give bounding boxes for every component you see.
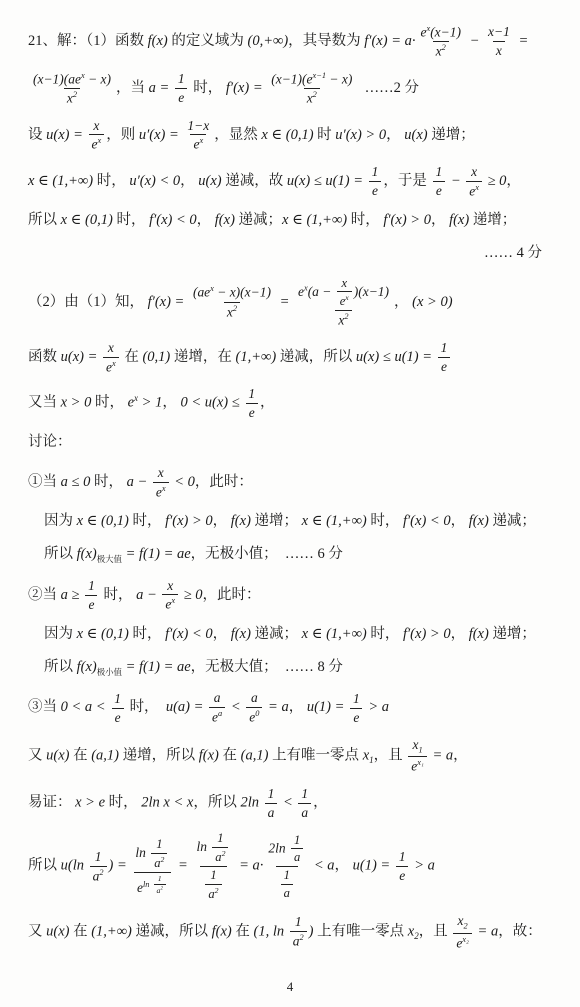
math-run: e [88, 597, 94, 612]
math-run: 1 [268, 786, 275, 801]
math-run: = a [474, 923, 498, 939]
superscript: 2 [233, 304, 237, 313]
superscript: x [98, 136, 102, 145]
math-run: (a − [308, 284, 335, 299]
math-run: x ∈ (0,1) [77, 626, 129, 642]
text-run: 时， [367, 513, 403, 529]
math-run: u(x) ≤ u(1) = [287, 173, 367, 189]
text-run: ……2 分 [357, 80, 419, 96]
text-run: 时， [91, 395, 127, 411]
fraction-numerator: 1 [153, 837, 165, 853]
fraction-numerator: 1 [265, 786, 278, 803]
fraction: 1a2 [290, 914, 307, 949]
fraction-denominator: a2 [212, 847, 228, 865]
math-run: e [115, 710, 121, 725]
math-run: 0 < u(x) ≤ [180, 395, 243, 411]
superscript: 2 [215, 886, 219, 895]
fraction-numerator: 1−x [184, 118, 212, 135]
solution-line-17: ③当 0 < a < 1e 时， u(a) = aea < ae0 = a， u… [28, 690, 556, 725]
text-run: 讨论： [28, 434, 72, 450]
fraction: xex [153, 465, 169, 500]
fraction: 1a [265, 786, 278, 821]
superscript: 2 [161, 855, 165, 864]
fraction: xex [89, 118, 105, 153]
math-run: )(x−1) [354, 284, 389, 299]
fraction-numerator: 1 [92, 849, 105, 866]
superscript: 2 [344, 312, 348, 321]
math-run: u′(x) < 0 [129, 173, 180, 189]
fraction-denominator: a [298, 803, 311, 821]
solution-line-9: 又当 x > 0 时， ex > 1， 0 < u(x) ≤ 1e， [28, 386, 556, 421]
superscript: x [345, 293, 348, 302]
math-run: x ∈ (0,1) [61, 212, 113, 228]
text-run: ，且 [419, 923, 452, 939]
subscript: 1 [418, 745, 422, 754]
fraction-numerator: 1 [155, 874, 165, 884]
fraction-denominator: ex [162, 594, 178, 612]
text-run: ， [506, 173, 521, 189]
fraction: xex [337, 276, 352, 310]
fraction: ex(a − xex)(x−1)x2 [295, 276, 392, 329]
text-run: 在 [69, 747, 91, 763]
math-run: f(x) [231, 626, 251, 642]
superscript: 2 [313, 90, 317, 99]
fraction: ln 1a2eln 1a2 [132, 837, 172, 896]
text-run: ， [213, 626, 231, 642]
fraction: 1e [432, 164, 445, 199]
math-run: 1 [95, 849, 102, 864]
math-run: = f(1) = ae [122, 546, 191, 562]
fraction: x1ex₁ [408, 737, 427, 775]
math-run: f′(x) > 0 [403, 626, 451, 642]
math-run: x [471, 164, 477, 179]
math-run: 1 [114, 691, 121, 706]
superscript: x₂ [462, 935, 469, 944]
text-run: 时， [367, 626, 403, 642]
text-run: ， [394, 294, 412, 310]
text-run: 递增； [469, 212, 516, 228]
fraction-numerator: a [248, 690, 261, 707]
math-run: ≥ 0 [180, 587, 202, 603]
fraction-denominator: a2 [290, 931, 307, 949]
fraction-numerator: ex(x−1) [417, 24, 463, 41]
math-run: 0 < a < [61, 699, 110, 715]
math-run: u(x) [198, 173, 221, 189]
fraction: ae0 [246, 690, 262, 725]
solution-line-15: 因为 x ∈ (0,1) 时， f′(x) < 0， f(x) 递减； x ∈ … [28, 624, 556, 646]
fraction: 1e [396, 849, 409, 884]
math-run: 1 [301, 786, 308, 801]
text-run: 递减； [251, 626, 302, 642]
math-run: a = [149, 80, 173, 96]
math-run: f(x) [215, 212, 235, 228]
math-run: = a [429, 747, 453, 763]
text-run: 递增； [251, 513, 302, 529]
math-run: 1 [217, 831, 223, 845]
fraction-denominator: e [369, 181, 381, 199]
solution-line-2: (x−1)(aex − x)x2，当 a = 1e 时， f′(x) = (x−… [28, 71, 556, 107]
solution-line-19: 易证： x > e 时， 2ln x < x，所以 2ln 1a < 1a， [28, 786, 556, 821]
superscript: 2 [73, 90, 77, 99]
text-run: 的定义域为 [168, 33, 248, 49]
math-run: f(x) [231, 513, 251, 529]
math-run: 1 [294, 833, 300, 847]
text-run: 又 [28, 923, 46, 939]
math-run: − x) [326, 71, 352, 86]
math-run: x ∈ (0,1) [261, 127, 313, 143]
text-run: ，所以 [193, 794, 240, 810]
subscript: 2 [464, 922, 468, 931]
math-run: f′(x) < 0 [165, 626, 213, 642]
fraction: xex [103, 340, 119, 375]
text-run: ，其导数为 [288, 33, 364, 49]
fraction: (aex − x)(x−1)x2 [190, 284, 274, 320]
text-run: 时， [90, 474, 126, 490]
page-number: 4 [0, 979, 580, 995]
fraction: ln 1a21a2 [193, 831, 233, 902]
math-run: x ∈ (1,+∞) [302, 513, 367, 529]
fraction-denominator: x2 [433, 41, 449, 59]
fraction: 1a2 [90, 849, 107, 884]
text-run: ，此时： [195, 474, 253, 490]
fraction: 1e [350, 691, 363, 726]
math-run: u(x) [46, 923, 69, 939]
fraction-denominator: e [112, 708, 124, 726]
fraction-denominator: x2 [64, 88, 80, 106]
text-run: 因为 [44, 513, 77, 529]
math-run: u(a) = [166, 699, 207, 715]
text-run: ，故： [498, 923, 542, 939]
fraction-denominator: ex₁ [408, 756, 427, 774]
text-run: 递增； [489, 626, 536, 642]
fraction-denominator: x2 [304, 88, 320, 106]
math-run: x > e [75, 794, 105, 810]
superscript: x₁ [417, 758, 424, 767]
fraction-numerator: 1 [298, 786, 311, 803]
math-run: < 0 [171, 474, 195, 490]
math-run: > a [365, 699, 389, 715]
solution-line-11: ①当 a ≤ 0 时， a − xex < 0，此时： [28, 465, 556, 500]
text-run: ， [213, 513, 231, 529]
text-run: 易证： [28, 794, 75, 810]
fraction-numerator: 1 [369, 164, 382, 181]
fraction-numerator: x [338, 276, 350, 292]
solution-line-7: （2）由（1）知， f′(x) = (aex − x)(x−1)x2 = ex(… [28, 276, 556, 329]
text-run: ， [335, 858, 353, 874]
math-run: a [251, 690, 258, 705]
math-run: − [447, 173, 464, 189]
fraction: 1a2 [151, 837, 167, 871]
math-run: < a [310, 858, 334, 874]
math-run: > 1 [138, 395, 162, 411]
fraction: 1a2 [205, 868, 221, 902]
math-run: (0,1) [142, 349, 170, 365]
text-run: ， [451, 626, 469, 642]
fraction-denominator: a2 [90, 866, 107, 884]
fraction: 1−xex [184, 118, 212, 153]
text-run: ， [197, 212, 215, 228]
fraction: 1a2 [154, 874, 166, 895]
text-run: 在 [232, 923, 254, 939]
superscript: x [199, 136, 203, 145]
text-run: ， [180, 173, 198, 189]
text-run: 递减，所以 [276, 349, 356, 365]
text-run: ③当 [28, 699, 61, 715]
superscript: x [162, 484, 166, 493]
math-run: f′(x) = a· [364, 33, 415, 49]
fraction: xex [162, 578, 178, 613]
text-run: 递减，故 [222, 173, 287, 189]
superscript: x [171, 596, 175, 605]
math-run: a [268, 805, 275, 820]
text-run: ，无极大值； …… 8 分 [191, 659, 343, 675]
math-run: = a [264, 699, 288, 715]
math-run: 1 [88, 578, 95, 593]
math-run: (0,+∞) [248, 33, 289, 49]
text-run: 上有唯一零点 [314, 923, 408, 939]
text-run: …… 4 分 [484, 245, 542, 261]
fraction: x−1x [485, 24, 513, 59]
fraction-numerator: 1 [85, 578, 98, 595]
fraction-denominator: eln 1a2 [134, 872, 171, 896]
solution-line-6: …… 4 分 [28, 243, 556, 265]
text-run: ①当 [28, 474, 61, 490]
math-run: = [515, 33, 528, 49]
math-run: 1 [399, 849, 406, 864]
text-run: 递减，所以 [132, 923, 212, 939]
fraction-denominator: a [265, 803, 278, 821]
math-run: = a· [235, 858, 263, 874]
fraction-denominator: ex [337, 291, 352, 309]
math-run: (a,1) [91, 747, 119, 763]
fraction-denominator: ex [89, 134, 105, 152]
text-run: 所以 [44, 546, 77, 562]
math-run: f(x) [212, 923, 232, 939]
subscript-label: 极大值 [97, 555, 122, 564]
fraction-denominator: x2 [335, 310, 351, 328]
math-run: e [353, 710, 359, 725]
math-run: a [301, 805, 308, 820]
solution-line-4: x ∈ (1,+∞) 时， u′(x) < 0， u(x) 递减，故 u(x) … [28, 164, 556, 199]
math-run: a ≥ [61, 587, 83, 603]
fraction-numerator: x1 [409, 737, 425, 757]
text-run: 设 [28, 127, 46, 143]
text-run: 所以 [44, 659, 77, 675]
fraction-denominator: ea [209, 707, 225, 725]
math-run: a [214, 690, 221, 705]
fraction-denominator: e [350, 708, 362, 726]
fraction: xex [466, 164, 482, 199]
math-run: u(1) = [307, 699, 348, 715]
math-run: x [93, 118, 99, 133]
fraction-denominator: x2 [224, 302, 240, 320]
math-run: (x > 0) [412, 294, 452, 310]
superscript: 0 [255, 709, 259, 718]
math-run: = [276, 294, 293, 310]
fraction-denominator: e [438, 357, 450, 375]
math-run: f′(x) = [148, 294, 188, 310]
math-run: > a [411, 858, 435, 874]
math-run: 2ln x < x [141, 794, 193, 810]
fraction-numerator: 1 [396, 849, 409, 866]
text-run: ，显然 [214, 127, 261, 143]
fraction-numerator: 1 [438, 340, 451, 357]
subscript-label: 极小值 [97, 668, 122, 677]
math-run: ln [143, 880, 152, 889]
text-run: 在 [121, 349, 143, 365]
fraction-numerator: x2 [455, 913, 471, 933]
text-run: 时， [105, 794, 141, 810]
fraction-denominator: e [85, 595, 97, 613]
fraction: 1e [175, 71, 188, 106]
superscript: x [475, 183, 479, 192]
fraction: 1e [111, 691, 124, 726]
math-run: a [294, 850, 300, 864]
math-run: 1 [156, 837, 162, 851]
math-run: a [284, 886, 290, 900]
superscript: 2 [299, 933, 303, 942]
math-run: f(x) [469, 626, 489, 642]
fraction: 1a [291, 833, 303, 866]
fraction-numerator: 1 [111, 691, 124, 708]
text-run: ， [386, 127, 404, 143]
math-run: e [249, 405, 255, 420]
math-run: u(ln [61, 858, 88, 874]
math-run: = f(1) = ae [122, 659, 191, 675]
math-run: 1 [372, 164, 379, 179]
math-run: − [466, 33, 483, 49]
text-run: 21、解：（1）函数 [28, 33, 148, 49]
math-run: x ∈ (1,+∞) [28, 173, 93, 189]
math-run: u(x) ≤ u(1) = [356, 349, 436, 365]
math-run: (1,+∞) [91, 923, 132, 939]
text-run: ， [162, 395, 180, 411]
math-run: x ∈ (1,+∞) [302, 626, 367, 642]
fraction-numerator: (x−1)(ex−1 − x) [268, 71, 355, 88]
text-run: 函数 [28, 349, 61, 365]
math-run: < [279, 794, 296, 810]
fraction: 1a [281, 868, 293, 901]
text-run: ， [313, 794, 328, 810]
fraction-numerator: (x−1)(aex − x) [30, 71, 114, 88]
math-run: ≥ 0 [484, 173, 506, 189]
text-run: 在 [69, 923, 91, 939]
text-run: 时， [93, 173, 129, 189]
math-run: x [167, 578, 173, 593]
superscript: x−1 [312, 71, 326, 80]
solution-page: 21、解：（1）函数 f(x) 的定义域为 (0,+∞)，其导数为 f′(x) … [0, 0, 580, 1007]
math-run: 1 [158, 874, 162, 883]
fraction-numerator: 1 [214, 831, 226, 847]
fraction-denominator: 1a [276, 866, 298, 901]
math-run: u(x) = [61, 349, 101, 365]
fraction: 1e [245, 386, 258, 421]
math-run: e [399, 868, 405, 883]
math-run: e [441, 359, 447, 374]
text-run: ， [453, 747, 468, 763]
fraction-denominator: ex [190, 134, 206, 152]
fraction-denominator: 1a2 [200, 866, 226, 902]
text-run: 递减； [235, 212, 282, 228]
text-run: 又当 [28, 395, 61, 411]
math-run: 1 [210, 868, 216, 882]
math-run: (x−1)(e [271, 71, 312, 86]
superscript: x [112, 359, 116, 368]
text-run: 在 [219, 747, 241, 763]
math-run: a − [136, 587, 160, 603]
math-run: x [108, 340, 114, 355]
solution-line-16: 所以 f(x)极小值 = f(1) = ae，无极大值； …… 8 分 [28, 657, 556, 680]
math-run: f′(x) < 0 [149, 212, 197, 228]
math-run: e [436, 183, 442, 198]
math-run: (x−1) [430, 24, 461, 39]
text-run: ， [431, 212, 449, 228]
fraction-numerator: x−1 [485, 24, 513, 41]
fraction-denominator: ex [153, 482, 169, 500]
math-run: x−1 [488, 24, 510, 39]
text-run: ，此时： [203, 587, 261, 603]
fraction-numerator: ex(a − xex)(x−1) [295, 276, 392, 311]
math-run: 1 [353, 691, 360, 706]
fraction-numerator: 2ln 1a [265, 833, 308, 867]
math-run: e [178, 90, 184, 105]
solution-line-3: 设 u(x) = xex，则 u′(x) = 1−xex，显然 x ∈ (0,1… [28, 118, 556, 153]
text-run: ②当 [28, 587, 61, 603]
text-run: ，于是 [383, 173, 430, 189]
fraction: aea [209, 690, 225, 725]
math-run: a − [127, 474, 151, 490]
math-run: ) = [109, 858, 131, 874]
fraction-numerator: 1 [292, 914, 305, 931]
solution-line-20: 所以 u(ln 1a2) = ln 1a2eln 1a2 = ln 1a21a2… [28, 831, 556, 902]
math-run: f(x) [148, 33, 168, 49]
fraction-numerator: x [105, 340, 117, 357]
text-run: 递增，在 [170, 349, 235, 365]
solution-content: 21、解：（1）函数 f(x) 的定义域为 (0,+∞)，其导数为 f′(x) … [28, 24, 556, 951]
math-run: f(x) [199, 747, 219, 763]
math-run: f(x) [77, 659, 97, 675]
math-run: 1 [284, 868, 290, 882]
superscript: 2 [99, 868, 103, 877]
fraction-denominator: e [175, 88, 187, 106]
fraction: 1a [298, 786, 311, 821]
superscript: a [218, 709, 222, 718]
math-run: u(1) = [353, 858, 394, 874]
math-run: x > 0 [61, 395, 92, 411]
superscript: 2 [160, 887, 162, 892]
fraction-numerator: 1 [291, 833, 303, 849]
math-run: f′(x) > 0 [383, 212, 431, 228]
solution-line-14: ②当 a ≥ 1e 时， a − xex ≥ 0，此时： [28, 578, 556, 613]
fraction-denominator: x [493, 41, 505, 59]
math-run: (1, ln [254, 923, 288, 939]
fraction-numerator: (aex − x)(x−1) [190, 284, 274, 301]
fraction-denominator: ex [103, 357, 119, 375]
fraction-denominator: ex [466, 181, 482, 199]
fraction-numerator: 1 [207, 868, 219, 884]
math-run: f′(x) < 0 [403, 513, 451, 529]
superscript: 2 [222, 849, 226, 858]
solution-line-13: 所以 f(x)极大值 = f(1) = ae，无极小值； …… 6 分 [28, 544, 556, 567]
fraction-numerator: x [164, 578, 176, 595]
text-run: 递增，所以 [119, 747, 199, 763]
text-run: 时， [126, 699, 166, 715]
math-run: f′(x) = [226, 80, 266, 96]
text-run: 时， [347, 212, 383, 228]
math-run: x [496, 43, 502, 58]
fraction-denominator: e0 [246, 707, 262, 725]
solution-line-5: 所以 x ∈ (0,1) 时， f′(x) < 0， f(x) 递减；x ∈ (… [28, 210, 556, 232]
